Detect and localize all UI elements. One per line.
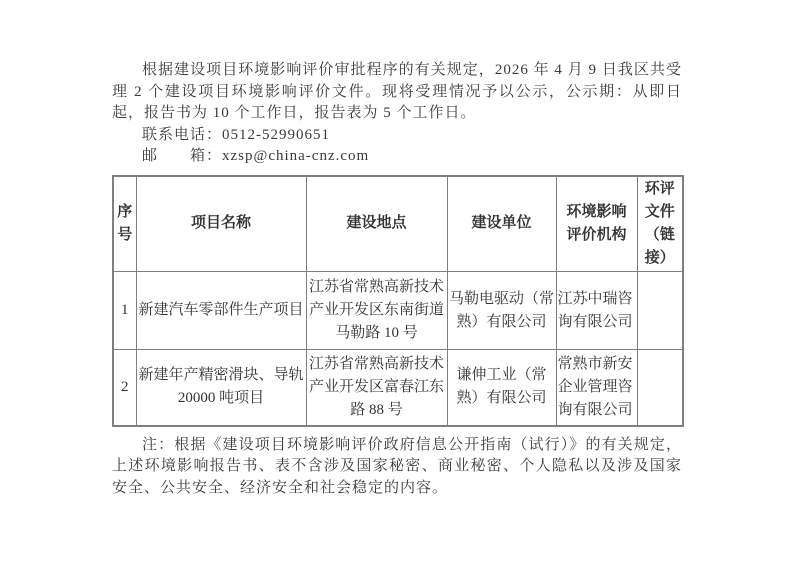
cell-project-name: 新建汽车零部件生产项目: [136, 272, 306, 350]
table-row-1: 1 新建汽车零部件生产项目 江苏省常熟高新技术产业开发区东南街道马勒路 10 号…: [113, 272, 683, 350]
notice-document: 根据建设项目环境影响评价审批程序的有关规定，2026 年 4 月 9 日我区共受…: [112, 60, 682, 499]
header-agency: 环境影响 评价机构: [556, 176, 637, 272]
cell-agency: 常熟市新安企业管理咨询有限公司: [556, 350, 637, 426]
header-project-name: 项目名称: [136, 176, 306, 272]
contact-email-value: xzsp@china-cnz.com: [222, 148, 369, 164]
header-company: 建设单位: [447, 176, 556, 272]
cell-location: 江苏省常熟高新技术产业开发区富春江东路 88 号: [306, 350, 447, 426]
intro-paragraph: 根据建设项目环境影响评价审批程序的有关规定，2026 年 4 月 9 日我区共受…: [112, 60, 682, 125]
cell-eia-file: [637, 350, 683, 426]
contact-phone-label: 联系电话：: [142, 127, 222, 143]
header-location: 建设地点: [306, 176, 447, 272]
contact-email-label: 邮 箱：: [142, 148, 222, 164]
cell-seq: 2: [113, 350, 136, 426]
cell-project-name: 新建年产精密滑块、导轨 20000 吨项目: [136, 350, 306, 426]
contact-phone-value: 0512-52990651: [222, 127, 330, 143]
table-row-2: 2 新建年产精密滑块、导轨 20000 吨项目 江苏省常熟高新技术产业开发区富春…: [113, 350, 683, 426]
cell-agency: 江苏中瑞咨询有限公司: [556, 272, 637, 350]
acceptance-table: 序号 项目名称 建设地点 建设单位 环境影响 评价机构 环评文件（链接） 1 新…: [112, 175, 684, 427]
cell-company: 谦伸工业（常熟）有限公司: [447, 350, 556, 426]
cell-eia-file: [637, 272, 683, 350]
cell-company: 马勒电驱动（常熟）有限公司: [447, 272, 556, 350]
header-eia-file: 环评文件（链接）: [637, 176, 683, 272]
note-paragraph: 注：根据《建设项目环境影响评价政府信息公开指南（试行）》的有关规定，上述环境影响…: [112, 435, 682, 500]
header-seq: 序号: [113, 176, 136, 272]
cell-location: 江苏省常熟高新技术产业开发区东南街道马勒路 10 号: [306, 272, 447, 350]
contact-phone-line: 联系电话：0512-52990651: [112, 125, 682, 147]
table-header-row: 序号 项目名称 建设地点 建设单位 环境影响 评价机构 环评文件（链接）: [113, 176, 683, 272]
cell-seq: 1: [113, 272, 136, 350]
contact-email-line: 邮 箱：xzsp@china-cnz.com: [112, 146, 682, 168]
